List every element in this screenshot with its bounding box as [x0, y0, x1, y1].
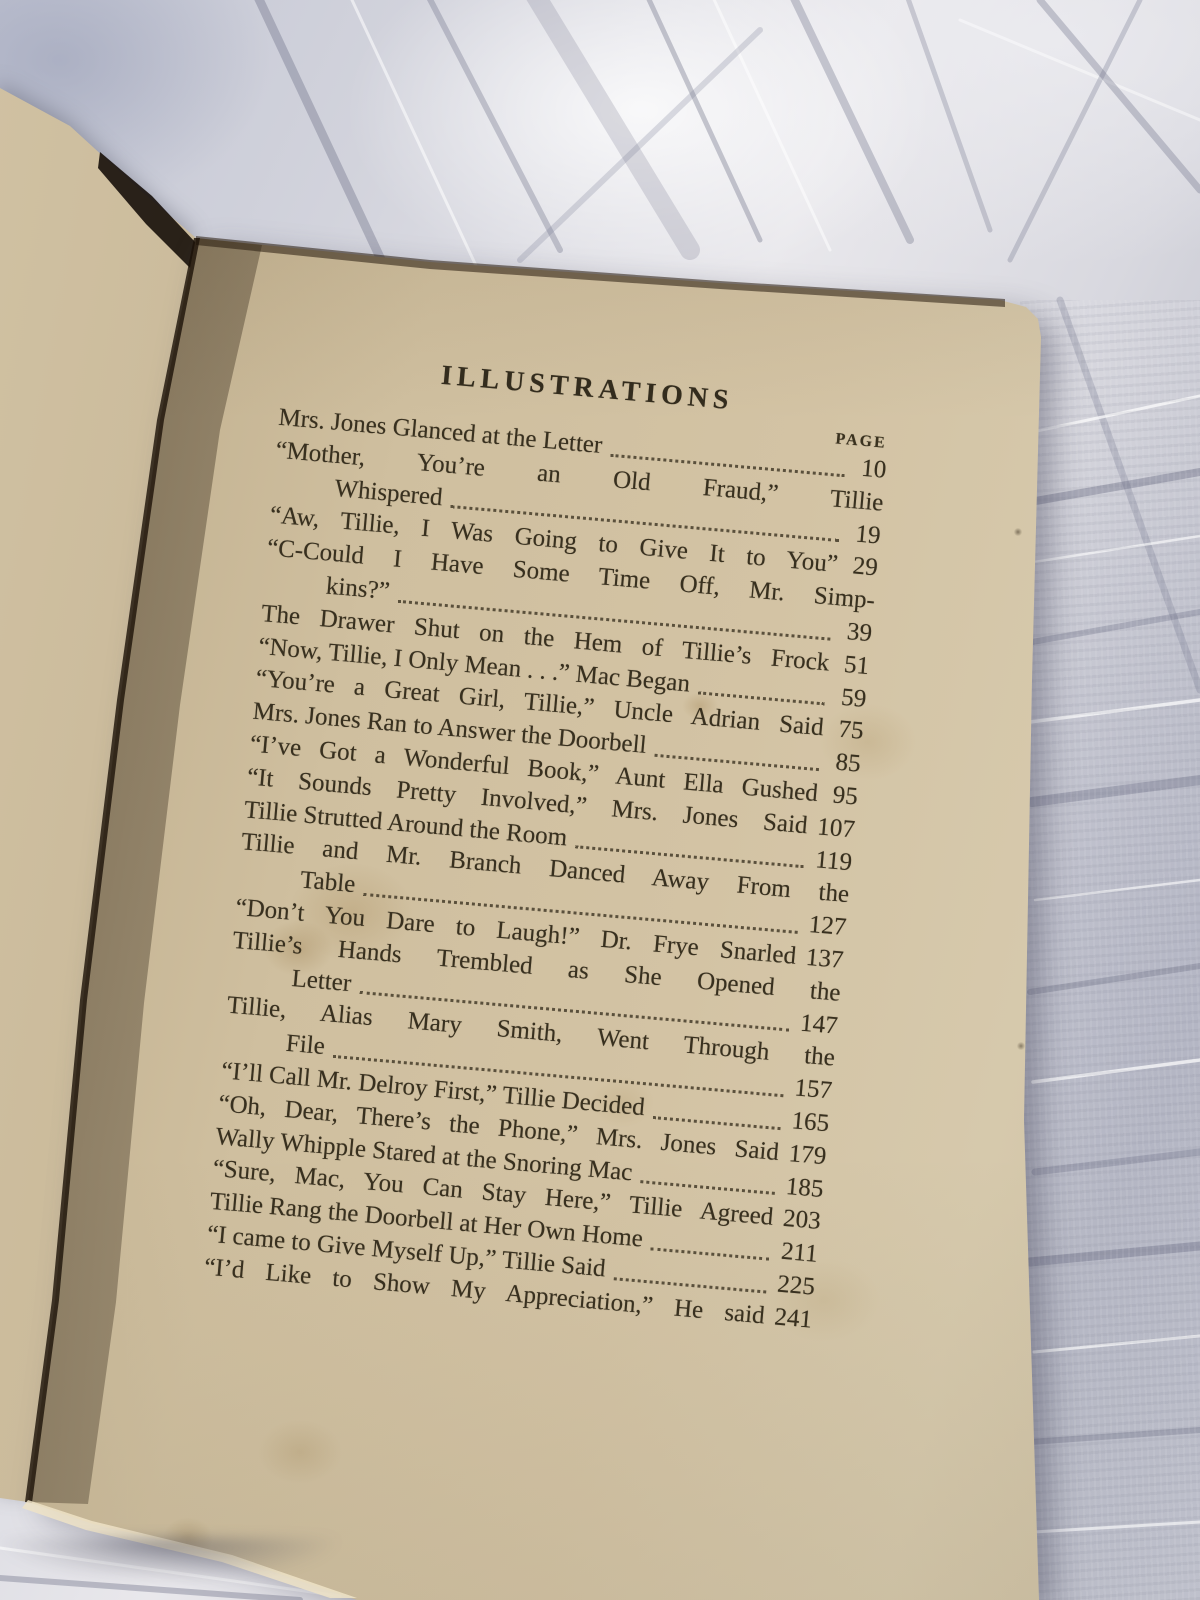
page-number: 203	[782, 1203, 822, 1239]
illustration-caption: Letter	[290, 963, 352, 1001]
page-number: 165	[790, 1105, 830, 1141]
page-number: 10	[855, 452, 888, 487]
page-number: 51	[838, 648, 871, 683]
page-number: 127	[807, 909, 847, 945]
book-photo-scene: ILLUSTRATIONS PAGE Mrs. Jones Glanced at…	[0, 0, 1200, 1600]
page-number: 241	[773, 1301, 813, 1337]
page-number: 211	[780, 1236, 819, 1272]
page-number: 137	[805, 942, 845, 978]
page-number: 85	[829, 746, 862, 781]
page-number: 179	[787, 1138, 827, 1174]
page-curl-shadow	[0, 1538, 400, 1600]
page-number: 29	[846, 550, 879, 585]
page-number: 75	[832, 714, 865, 749]
page-number: 59	[835, 681, 868, 716]
illustrations-list: ILLUSTRATIONS PAGE Mrs. Jones Glanced at…	[203, 344, 893, 1337]
page-number: 19	[849, 518, 882, 553]
illustration-caption: File	[285, 1028, 327, 1064]
page-number: 225	[776, 1268, 816, 1304]
illustration-caption: Table	[299, 865, 357, 902]
illustration-caption: kins?”	[325, 571, 391, 609]
page-number: 119	[814, 844, 853, 880]
page-number: 95	[826, 779, 859, 814]
page-number: 39	[841, 616, 874, 651]
page-number: 157	[793, 1072, 833, 1108]
page-number: 147	[799, 1007, 839, 1043]
page-number: 185	[785, 1170, 825, 1206]
toc-rows: Mrs. Jones Glanced at the Letter10“Mothe…	[203, 402, 888, 1337]
page-number: 107	[816, 811, 856, 847]
